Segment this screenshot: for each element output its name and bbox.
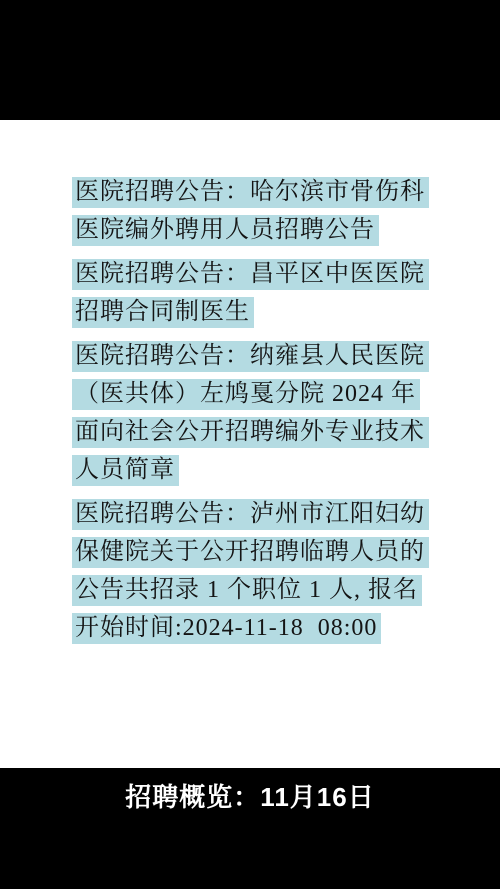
- announcement-line-text: 面向社会公开招聘编外专业技术: [72, 417, 429, 448]
- announcement-list: 医院招聘公告：哈尔滨市骨伤科 医院编外聘用人员招聘公告 医院招聘公告：昌平区中医…: [72, 177, 470, 657]
- announcement-line-text: 医院招聘公告：泸州市江阳妇幼: [72, 499, 429, 530]
- announcement-line: 医院招聘公告：哈尔滨市骨伤科: [72, 177, 470, 210]
- announcement-block-2: 医院招聘公告：昌平区中医医院 招聘合同制医生: [72, 259, 470, 330]
- top-letterbox-bar: [0, 0, 500, 120]
- announcement-line: 保健院关于公开招聘临聘人员的: [72, 537, 470, 570]
- announcement-line-text: 人员简章: [72, 455, 179, 486]
- announcement-line-text: 公告共招录 1 个职位 1 人, 报名: [72, 575, 422, 606]
- announcement-line: 面向社会公开招聘编外专业技术: [72, 417, 470, 450]
- announcement-line-text: 医院招聘公告：哈尔滨市骨伤科: [72, 177, 429, 208]
- page: 医院招聘公告：哈尔滨市骨伤科 医院编外聘用人员招聘公告 医院招聘公告：昌平区中医…: [0, 0, 500, 889]
- announcement-block-3: 医院招聘公告：纳雍县人民医院 （医共体）左鸠戛分院 2024 年 面向社会公开招…: [72, 341, 470, 488]
- bottom-letterbox-bar: 招聘概览：11月16日: [0, 768, 500, 889]
- announcement-block-1: 医院招聘公告：哈尔滨市骨伤科 医院编外聘用人员招聘公告: [72, 177, 470, 248]
- announcement-line: 医院招聘公告：泸州市江阳妇幼: [72, 499, 470, 532]
- announcement-line-text: 保健院关于公开招聘临聘人员的: [72, 537, 429, 568]
- announcement-line-text: （医共体）左鸠戛分院 2024 年: [72, 379, 420, 410]
- announcement-block-4: 医院招聘公告：泸州市江阳妇幼 保健院关于公开招聘临聘人员的 公告共招录 1 个职…: [72, 499, 470, 646]
- announcement-line-text: 医院招聘公告：昌平区中医医院: [72, 259, 429, 290]
- announcement-line: 医院编外聘用人员招聘公告: [72, 215, 470, 248]
- announcement-line-text: 开始时间:2024-11-18 08:00: [72, 613, 381, 644]
- announcement-line: 医院招聘公告：昌平区中医医院: [72, 259, 470, 292]
- announcement-line-text: 招聘合同制医生: [72, 297, 254, 328]
- announcement-line: 公告共招录 1 个职位 1 人, 报名: [72, 575, 470, 608]
- footer-title: 招聘概览：11月16日: [0, 777, 500, 814]
- announcement-line: 医院招聘公告：纳雍县人民医院: [72, 341, 470, 374]
- announcement-line: （医共体）左鸠戛分院 2024 年: [72, 379, 470, 412]
- announcement-line-text: 医院编外聘用人员招聘公告: [72, 215, 379, 246]
- announcement-line: 人员简章: [72, 455, 470, 488]
- announcement-line: 开始时间:2024-11-18 08:00: [72, 613, 470, 646]
- announcement-line: 招聘合同制医生: [72, 297, 470, 330]
- announcement-line-text: 医院招聘公告：纳雍县人民医院: [72, 341, 429, 372]
